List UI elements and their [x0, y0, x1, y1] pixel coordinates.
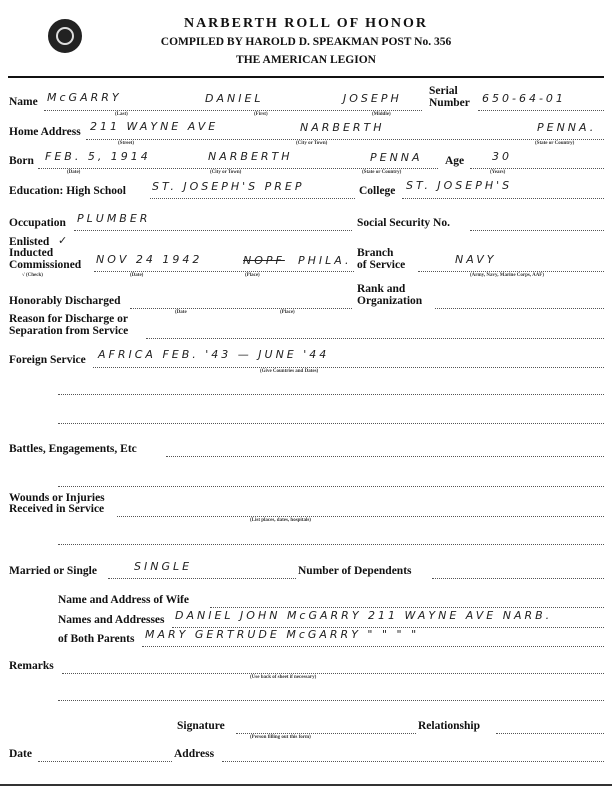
foreign-service-line-3[interactable] — [58, 423, 604, 424]
address-label: Address — [174, 748, 214, 760]
city-field[interactable]: NARBERTH — [300, 121, 385, 134]
occupation-label: Occupation — [9, 217, 66, 229]
father-field[interactable]: DANIEL JOHN McGARRY 211 WAYNE AVE NARB. — [175, 609, 552, 622]
foreign-service-field[interactable]: AFRICA FEB. '43 — JUNE '44 — [98, 348, 329, 361]
struck-place-text: NOPF — [243, 254, 285, 267]
college-field[interactable]: ST. JOSEPH'S — [406, 179, 512, 192]
born-label: Born — [9, 155, 34, 167]
high-school-label: Education: High School — [9, 185, 126, 197]
compiled-by: COMPILED BY HAROLD D. SPEAKMAN POST No. … — [0, 36, 612, 48]
signature-field[interactable] — [236, 733, 416, 734]
wounds-label: Received in Service — [9, 503, 104, 515]
dependents-label: Number of Dependents — [298, 565, 412, 577]
relationship-label: Relationship — [418, 720, 480, 732]
wife-field[interactable] — [210, 607, 604, 608]
discharged-label: Honorably Discharged — [9, 295, 121, 307]
high-school-field[interactable]: ST. JOSEPH'S PREP — [152, 180, 305, 193]
form-title: NARBERTH ROLL OF HONOR — [0, 16, 612, 32]
battles-field[interactable] — [166, 456, 604, 457]
birth-city-field[interactable]: NARBERTH — [208, 150, 293, 163]
entry-place-field[interactable]: PHILA. — [298, 254, 352, 267]
inducted-label: Inducted — [9, 247, 53, 259]
serial-number-field[interactable]: 650-64-01 — [482, 92, 566, 105]
header-divider — [8, 76, 604, 78]
state-field[interactable]: PENNA. — [537, 121, 596, 134]
bottom-border — [0, 784, 612, 786]
wife-label: Name and Address of Wife — [58, 594, 189, 606]
remarks-field[interactable] — [62, 673, 604, 674]
commissioned-label: Commissioned — [9, 259, 81, 271]
foreign-service-line-2[interactable] — [58, 394, 604, 395]
battles-label: Battles, Engagements, Etc — [9, 443, 137, 455]
last-name-field[interactable]: McGARRY — [47, 91, 122, 104]
serial-number-label: Number — [429, 97, 470, 109]
middle-name-field[interactable]: JOSEPH — [343, 92, 402, 105]
age-label: Age — [445, 155, 464, 167]
entry-date-field[interactable]: NOV 24 1942 — [96, 253, 202, 266]
branch-field[interactable]: NAVY — [455, 253, 496, 266]
foreign-service-label: Foreign Service — [9, 354, 86, 366]
street-field[interactable]: 211 WAYNE AVE — [90, 120, 218, 133]
remarks-label: Remarks — [9, 660, 54, 672]
reason-label: Separation from Service — [9, 325, 128, 337]
dependents-field[interactable] — [432, 578, 604, 579]
age-field[interactable]: 30 — [492, 150, 512, 163]
name-label: Name — [9, 96, 38, 108]
first-name-field[interactable]: DANIEL — [205, 92, 264, 105]
wounds-line-2[interactable] — [58, 544, 604, 545]
rank-label: Organization — [357, 295, 422, 307]
home-address-label: Home Address — [9, 126, 81, 138]
birth-date-field[interactable]: FEB. 5, 1914 — [45, 150, 151, 163]
signature-label: Signature — [177, 720, 225, 732]
branch-label: of Service — [357, 259, 405, 271]
ssn-label: Social Security No. — [357, 217, 450, 229]
relationship-field[interactable] — [496, 733, 604, 734]
marital-status-field[interactable]: SINGLE — [134, 560, 192, 573]
battles-line-2[interactable] — [58, 486, 604, 487]
date-field[interactable] — [38, 761, 172, 762]
mother-field[interactable]: MARY GERTRUDE McGARRY " " " " — [145, 628, 419, 641]
address-field[interactable] — [222, 761, 604, 762]
parents-label: Names and Addresses — [58, 614, 165, 626]
remarks-line-2[interactable] — [58, 700, 604, 701]
occupation-field[interactable]: PLUMBER — [77, 212, 150, 225]
date-label: Date — [9, 748, 32, 760]
organization-name: THE AMERICAN LEGION — [0, 54, 612, 66]
enlisted-checkmark[interactable]: ✓ — [58, 234, 70, 247]
marital-status-label: Married or Single — [9, 565, 97, 577]
wounds-field[interactable] — [117, 516, 604, 517]
birth-state-field[interactable]: PENNA — [370, 151, 423, 164]
college-label: College — [359, 185, 395, 197]
